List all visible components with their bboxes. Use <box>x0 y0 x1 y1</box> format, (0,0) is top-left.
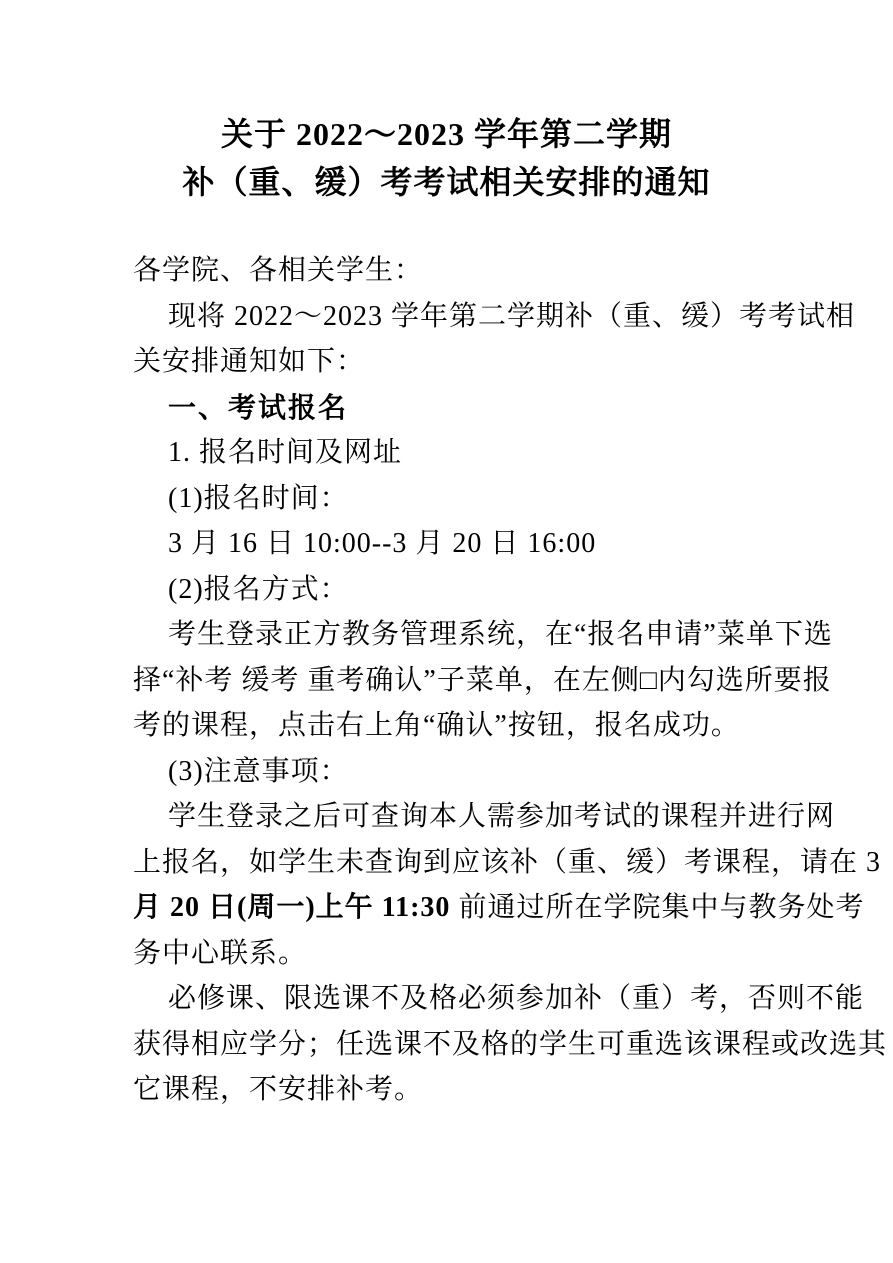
text-run: 必修课、限选课不及格必须参加补（重）考，否则不能 <box>168 983 864 1014</box>
document-line: (3)注意事项： <box>133 749 760 795</box>
document-line: 必修课、限选课不及格必须参加补（重）考，否则不能 <box>133 976 760 1022</box>
text-run: 上报名，如学生未查询到应该补（重、缓）考课程，请在 3 <box>133 847 881 878</box>
document-line: 它课程，不安排补考。 <box>133 1067 760 1113</box>
document-line: 获得相应学分；任选课不及格的学生可重选该课程或改选其 <box>133 1022 760 1068</box>
text-run: (2)报名方式： <box>168 574 349 605</box>
document-line: 上报名，如学生未查询到应该补（重、缓）考课程，请在 3 <box>133 840 760 886</box>
document-line: 考的课程，点击右上角“确认”按钮，报名成功。 <box>133 703 760 749</box>
document-title-line-1: 关于 2022～2023 学年第二学期 <box>133 110 760 158</box>
document-line: (2)报名方式： <box>133 567 760 613</box>
document-line: 择“补考 缓考 重考确认”子菜单，在左侧□内勾选所要报 <box>133 658 760 704</box>
text-run: 择“补考 缓考 重考确认”子菜单，在左侧□内勾选所要报 <box>133 665 832 696</box>
text-run: 3 月 16 日 10:00--3 月 20 日 16:00 <box>168 528 596 559</box>
document-page: 关于 2022～2023 学年第二学期 补（重、缓）考考试相关安排的通知 各学院… <box>0 0 893 1263</box>
document-line: 务中心联系。 <box>133 931 760 977</box>
document-line: 3 月 16 日 10:00--3 月 20 日 16:00 <box>133 521 760 567</box>
document-line: (1)报名时间： <box>133 476 760 522</box>
document-line: 月 20 日(周一)上午 11:30 前通过所在学院集中与教务处考 <box>133 885 760 931</box>
text-run: 月 20 日(周一)上午 11:30 <box>133 892 450 923</box>
text-run: 它课程，不安排补考。 <box>133 1074 423 1105</box>
text-run: 考生登录正方教务管理系统，在“报名申请”菜单下选 <box>168 619 833 650</box>
document-line: 关安排通知如下： <box>133 339 760 385</box>
text-run: 关安排通知如下： <box>133 346 365 377</box>
document-body: 各学院、各相关学生：现将 2022～2023 学年第二学期补（重、缓）考考试相关… <box>133 248 760 1113</box>
text-run: 前通过所在学院集中与教务处考 <box>450 892 864 923</box>
text-run: (1)报名时间： <box>168 483 349 514</box>
text-run: 务中心联系。 <box>133 938 307 969</box>
text-run: 获得相应学分；任选课不及格的学生可重选该课程或改选其 <box>133 1029 887 1060</box>
document-line: 1. 报名时间及网址 <box>133 430 760 476</box>
text-run: 1. 报名时间及网址 <box>168 437 402 468</box>
text-run: (3)注意事项： <box>168 756 349 787</box>
document-title: 关于 2022～2023 学年第二学期 补（重、缓）考考试相关安排的通知 <box>133 110 760 206</box>
document-line: 各学院、各相关学生： <box>133 248 760 294</box>
text-run: 学生登录之后可查询本人需参加考试的课程并进行网 <box>168 801 835 832</box>
text-run: 一、考试报名 <box>168 392 348 423</box>
document-line: 考生登录正方教务管理系统，在“报名申请”菜单下选 <box>133 612 760 658</box>
document-title-line-2: 补（重、缓）考考试相关安排的通知 <box>133 158 760 206</box>
text-run: 考的课程，点击右上角“确认”按钮，报名成功。 <box>133 710 740 741</box>
document-line: 学生登录之后可查询本人需参加考试的课程并进行网 <box>133 794 760 840</box>
section-heading: 一、考试报名 <box>133 385 760 431</box>
document-line: 现将 2022～2023 学年第二学期补（重、缓）考考试相 <box>133 294 760 340</box>
text-run: 各学院、各相关学生： <box>133 255 423 286</box>
text-run: 现将 2022～2023 学年第二学期补（重、缓）考考试相 <box>168 301 855 332</box>
